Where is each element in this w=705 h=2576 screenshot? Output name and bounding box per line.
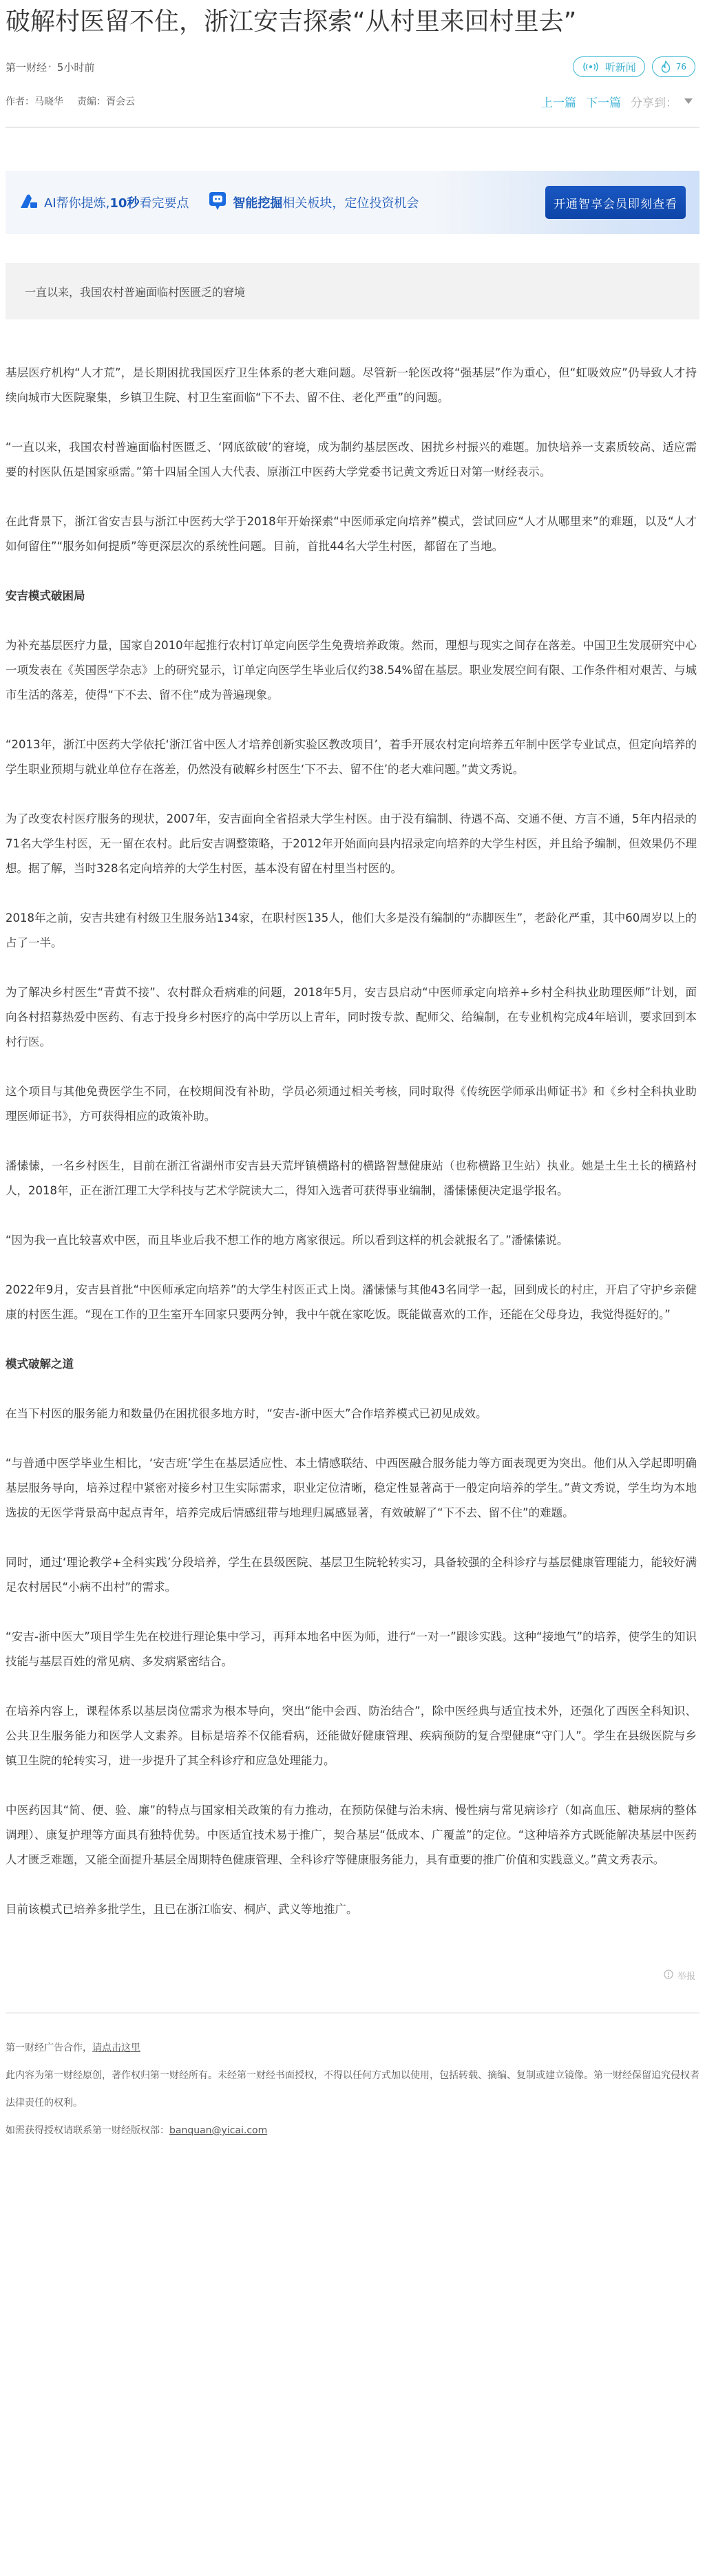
- article-page: 破解村医留不住，浙江安吉探索“从村里来回村里去” 第一财经 · 5小时前 听新闻: [0, 0, 705, 2172]
- warning-circle-icon: [664, 1970, 673, 1982]
- hot-count-button[interactable]: 76: [652, 56, 695, 77]
- contact-info: 如需获得授权请联系第一财经版权部：banquan@yicai.com: [6, 2117, 699, 2144]
- section-heading: 模式破解之道: [6, 1352, 697, 1377]
- paragraph: 目前该模式已培养多批学生，且已在浙江临安、桐庐、武义等地推广。: [6, 1897, 697, 1922]
- article-title: 破解村医留不住，浙江安吉探索“从村里来回村里去”: [6, 0, 699, 40]
- report-label: 举报: [677, 1969, 695, 1982]
- paragraph: “安吉-浙中医大”项目学生先在校进行理论集中学习，再拜本地名中医为师，进行“一对…: [6, 1625, 697, 1674]
- paragraph: 2018年之前，安吉共建有村级卫生服务站134家，在职村医135人，他们大多是没…: [6, 906, 697, 956]
- section-heading: 安吉模式破困局: [6, 584, 697, 609]
- author: 作者：马晓华: [6, 94, 63, 108]
- byline: 作者：马晓华 责编：胥会云: [6, 94, 135, 108]
- meta-row: 第一财经 · 5小时前 听新闻: [6, 55, 699, 78]
- paragraph: 2022年9月，安吉县首批“中医师承定向培养”的大学生村医正式上岗。潘愫愫与其他…: [6, 1278, 697, 1327]
- paragraph: “与普通中医学毕业生相比，‘安吉班’学生在基层适应性、本土情感联结、中西医融合服…: [6, 1451, 697, 1525]
- share-dropdown[interactable]: 分享到：: [631, 93, 693, 110]
- separator-dot: ·: [48, 61, 52, 73]
- ai-banner: AI帮你提炼,10秒看完要点 智能挖掘相关板块，定位投资机会 开通智享会员即刻查…: [6, 171, 699, 234]
- paragraph: 在当下村医的服务能力和数量仍在困扰很多地方时，“安吉-浙中医大”合作培养模式已初…: [6, 1402, 697, 1426]
- paragraph: 这个项目与其他免费医学生不同，在校期间没有补助，学员必须通过相关考核，同时取得《…: [6, 1079, 697, 1129]
- article-summary: 一直以来，我国农村普遍面临村医匮乏的窘境: [6, 263, 699, 319]
- dropdown-arrow-icon: [684, 98, 693, 104]
- ai-promo-text-post: 看完要点: [139, 196, 189, 211]
- author-row: 作者：马晓华 责编：胥会云 上一篇 下一篇 分享到：: [6, 91, 699, 112]
- ai-promo-text-pre: AI帮你提炼,: [44, 196, 109, 211]
- chat-bubble-icon: [208, 191, 227, 215]
- paragraph: 为了解决乡村医生“青黄不接”、农村群众看病难的问题，2018年5月，安吉县启动“…: [6, 980, 697, 1055]
- copyright-notice: 此内容为第一财经原创，著作权归第一财经所有。未经第一财经书面授权，不得以任何方式…: [6, 2062, 699, 2117]
- ai-summary-promo: AI帮你提炼,10秒看完要点: [19, 193, 189, 213]
- paragraph: 潘愫愫，一名乡村医生，目前在浙江省湖州市安吉县天荒坪镇横路村的横路智慧健康站（也…: [6, 1154, 697, 1203]
- next-article-link[interactable]: 下一篇: [586, 93, 621, 110]
- ad-cooperation: 第一财经广告合作，请点击这里: [6, 2034, 699, 2062]
- paragraph: 在此背景下，浙江省安吉县与浙江中医药大学于2018年开始探索“中医师承定向培养”…: [6, 509, 697, 559]
- paragraph: 为补充基层医疗力量，国家自2010年起推行农村订单定向医学生免费培养政策。然而，…: [6, 633, 697, 708]
- meta-actions: 听新闻 76: [573, 56, 699, 77]
- paragraph: 中医药因其“简、便、验、廉”的特点与国家相关政策的有力推动，在预防保健与治未病、…: [6, 1798, 697, 1872]
- ai-promo-text-bold: 10秒: [109, 196, 139, 211]
- listen-news-label: 听新闻: [605, 60, 636, 74]
- paragraph: “2013年，浙江中医药大学依托‘浙江省中医人才培养创新实验区教改项目’，着手开…: [6, 732, 697, 782]
- open-membership-button[interactable]: 开通智享会员即刻查看: [545, 186, 686, 219]
- report-button[interactable]: 举报: [6, 1969, 699, 1982]
- copyright-footer: 第一财经广告合作，请点击这里 此内容为第一财经原创，著作权归第一财经所有。未经第…: [6, 2034, 699, 2172]
- article-body: 基层医疗机构“人才荒”，是长期困扰我国医疗卫生体系的老大难问题。尽管新一轮医改将…: [6, 361, 699, 1922]
- ad-link[interactable]: 请点击这里: [92, 2042, 140, 2054]
- flame-icon: [661, 61, 671, 73]
- source-name: 第一财经: [6, 60, 47, 74]
- smart-mining-text: 相关板块，定位投资机会: [282, 196, 419, 211]
- contact-text: 如需获得授权请联系第一财经版权部：: [6, 2125, 169, 2136]
- paragraph: “一直以来，我国农村普遍面临村医匮乏、‘网底欲破’的窘境，成为制约基层医改、困扰…: [6, 435, 697, 485]
- share-label: 分享到：: [631, 93, 677, 110]
- hot-count: 76: [676, 62, 686, 72]
- source-info: 第一财经 · 5小时前: [6, 60, 94, 74]
- paragraph: 同时，通过‘理论教学+全科实践’分段培养，学生在县级医院、基层卫生院轮转实习，具…: [6, 1550, 697, 1600]
- contact-email-link[interactable]: banquan@yicai.com: [169, 2125, 267, 2136]
- editor: 责编：胥会云: [77, 94, 135, 108]
- ad-text: 第一财经广告合作，: [6, 2042, 92, 2054]
- prev-article-link[interactable]: 上一篇: [541, 93, 576, 110]
- ai-logo-icon: [19, 193, 39, 213]
- listen-news-button[interactable]: 听新闻: [573, 56, 645, 77]
- paragraph: 在培养内容上，课程体系以基层岗位需求为根本导向，突出“能中会西、防治结合”，除中…: [6, 1699, 697, 1773]
- header-divider: [6, 127, 699, 128]
- publish-time: 5小时前: [57, 60, 95, 74]
- footer-divider: [6, 2012, 699, 2014]
- smart-mining-promo: 智能挖掘相关板块，定位投资机会: [208, 191, 419, 215]
- paragraph: 为了改变农村医疗服务的现状，2007年，安吉面向全省招录大学生村医。由于没有编制…: [6, 807, 697, 881]
- article-nav: 上一篇 下一篇 分享到：: [541, 93, 699, 110]
- broadcast-icon: [582, 61, 600, 72]
- paragraph: “因为我一直比较喜欢中医，而且毕业后我不想工作的地方离家很远。所以看到这样的机会…: [6, 1228, 697, 1253]
- paragraph: 基层医疗机构“人才荒”，是长期困扰我国医疗卫生体系的老大难问题。尽管新一轮医改将…: [6, 361, 697, 410]
- smart-mining-bold: 智能挖掘: [233, 196, 282, 211]
